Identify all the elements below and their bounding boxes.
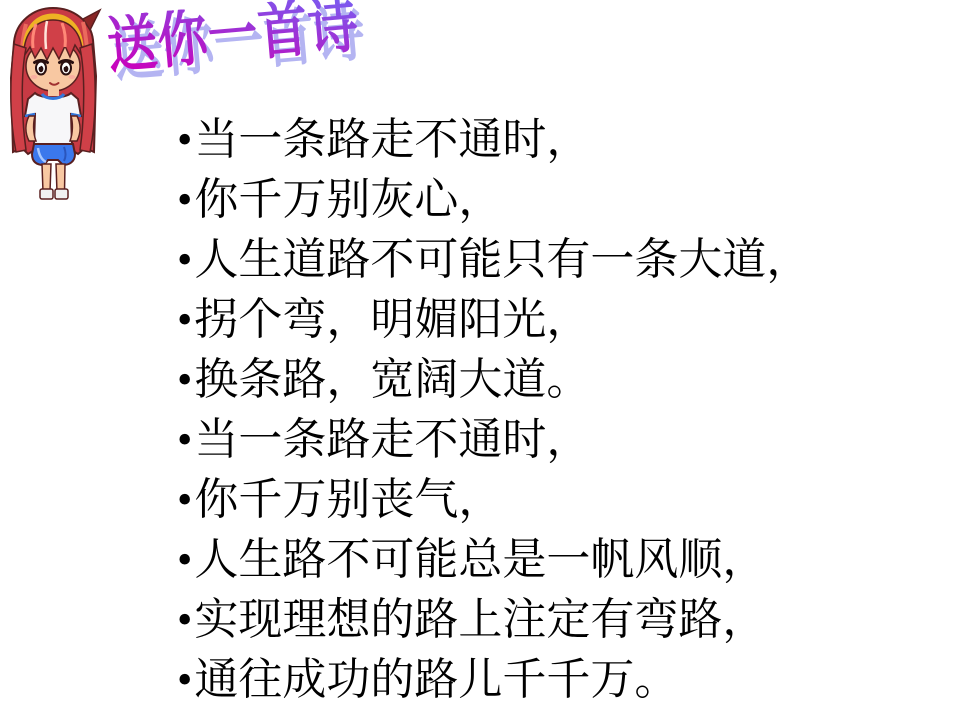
bullet-marker: • [177, 230, 192, 290]
poem-line: •拐个弯，明媚阳光， [177, 290, 810, 350]
poem-line: •当一条路走不通时， [177, 410, 810, 470]
poem-line-text: 实现理想的路上注定有弯路， [194, 595, 766, 644]
bullet-marker: • [177, 110, 192, 170]
poem-line: •人生道路不可能只有一条大道， [177, 230, 810, 290]
poem-line-text: 人生路不可能总是一帆风顺， [194, 535, 766, 584]
poem-line: •人生路不可能总是一帆风顺， [177, 530, 810, 590]
slide-canvas: 送你一首诗 送你一首诗 •当一条路走不通时， •你千万别灰心， •人生道路不可能… [0, 0, 960, 720]
poem-line-text: 人生道路不可能只有一条大道， [194, 235, 810, 284]
poem-line-text: 通往成功的路儿千千万。 [194, 655, 678, 704]
bullet-marker: • [177, 530, 192, 590]
bullet-marker: • [177, 290, 192, 350]
poem-line: •实现理想的路上注定有弯路， [177, 590, 810, 650]
poem-line-text: 换条路，宽阔大道。 [194, 355, 590, 404]
poem-line: •当一条路走不通时， [177, 110, 810, 170]
bullet-marker: • [177, 590, 192, 650]
poem-line-text: 当一条路走不通时， [194, 415, 590, 464]
poem-line-text: 你千万别灰心， [194, 175, 502, 224]
anime-girl-sprite [0, 4, 107, 200]
bullet-marker: • [177, 650, 192, 710]
poem-line: •你千万别丧气， [177, 470, 810, 530]
poem-line-text: 你千万别丧气， [194, 475, 502, 524]
poem-line: •通往成功的路儿千千万。 [177, 650, 810, 710]
bullet-marker: • [177, 350, 192, 410]
slide-title: 送你一首诗 送你一首诗 [105, 0, 366, 86]
poem-body: •当一条路走不通时， •你千万别灰心， •人生道路不可能只有一条大道， •拐个弯… [177, 110, 810, 710]
poem-line: •你千万别灰心， [177, 170, 810, 230]
poem-line-text: 当一条路走不通时， [194, 115, 590, 164]
bullet-marker: • [177, 470, 192, 530]
poem-line-text: 拐个弯，明媚阳光， [194, 295, 590, 344]
bullet-marker: • [177, 170, 192, 230]
poem-line: •换条路，宽阔大道。 [177, 350, 810, 410]
anime-girl-sprite-drawing [0, 4, 107, 200]
bullet-marker: • [177, 410, 192, 470]
